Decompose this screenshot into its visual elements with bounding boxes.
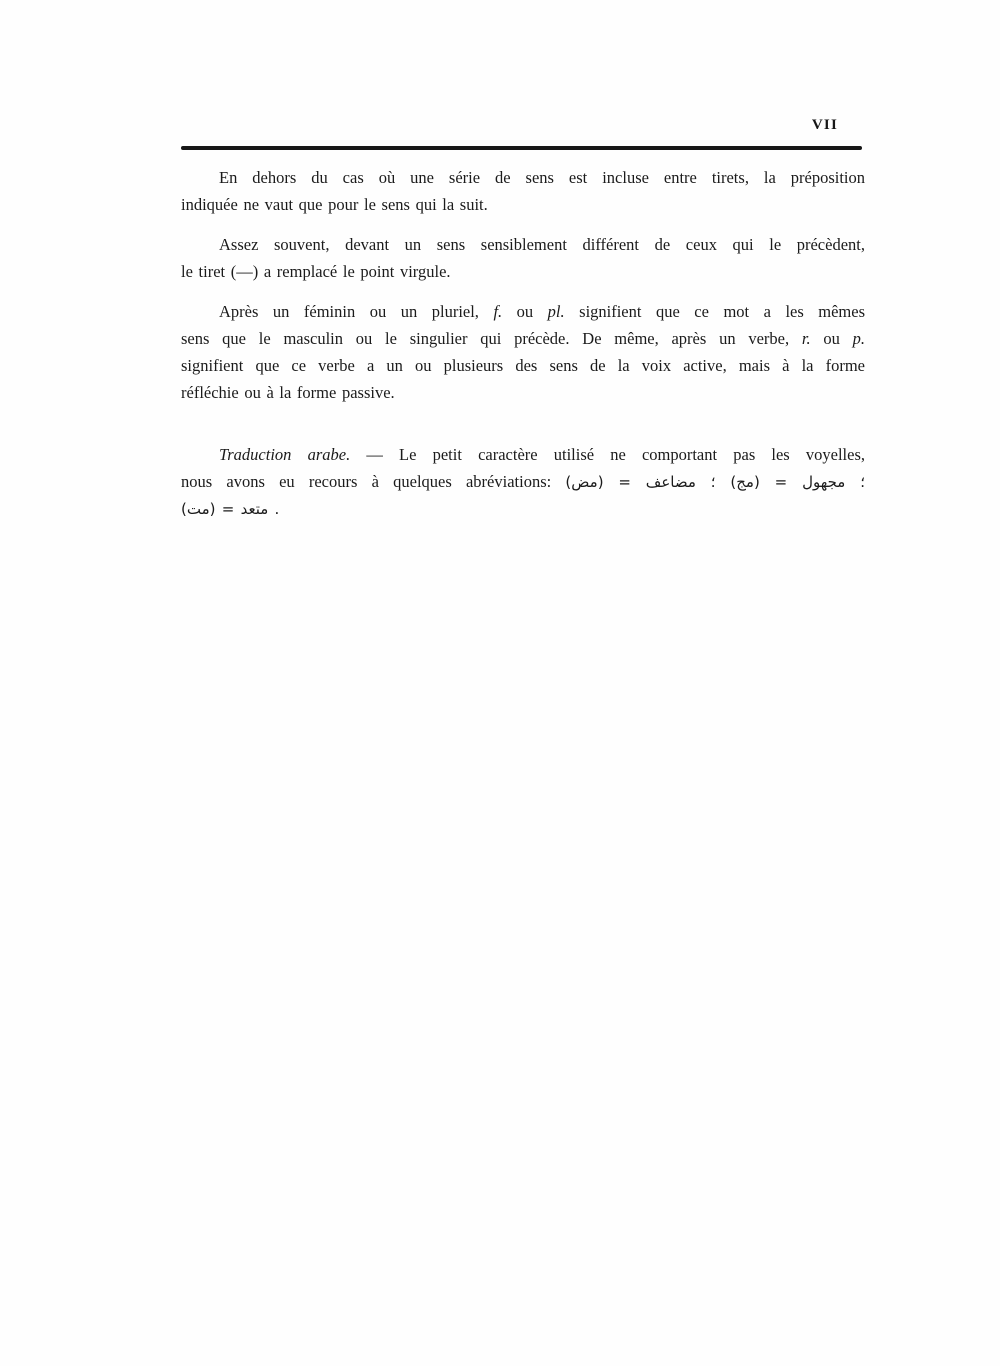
page-number: VII xyxy=(182,117,838,133)
text-segment: signifient que ce mot a les mêmes xyxy=(565,302,865,321)
page: VII En dehors du cas où une série de sen… xyxy=(0,0,1000,1366)
text-line: indiquée ne vaut que pour le sens qui la… xyxy=(181,191,865,218)
paragraph-3: Après un féminin ou un pluriel, f. ou pl… xyxy=(181,298,865,406)
paragraph-4: Traduction arabe. — Le petit caractère u… xyxy=(181,441,865,523)
text-line: le tiret (—) a remplacé le point virgule… xyxy=(181,258,865,285)
text-line: nous avons eu recours à quelques abrévia… xyxy=(181,468,865,496)
header-rule xyxy=(181,146,862,150)
italic-heading-traduction-arabe: Traduction arabe. xyxy=(219,445,350,464)
paragraph-2: Assez souvent, devant un sens sensibleme… xyxy=(181,231,865,285)
text-segment: Après un féminin ou un pluriel, xyxy=(219,302,493,321)
arabic-abbreviation-line: (⁧مت⁩) = ⁧متعد⁩ . xyxy=(181,496,865,523)
text-line: signifient que ce verbe a un ou plusieur… xyxy=(181,352,865,379)
italic-term-p: p. xyxy=(853,329,865,348)
arabic-abbreviations: (⁧مض⁩) = ⁧مضاعف⁩ ⁧؛⁩ (⁧مج⁩) = ⁧مجهول⁩ ⁧؛… xyxy=(565,473,865,491)
text-line: Assez souvent, devant un sens sensibleme… xyxy=(181,231,865,258)
italic-term-f: f. xyxy=(493,302,502,321)
text-segment: sens que le masculin ou le singulier qui… xyxy=(181,329,802,348)
text-block: En dehors du cas où une série de sens es… xyxy=(181,164,865,523)
text-line: En dehors du cas où une série de sens es… xyxy=(181,164,865,191)
text-line: réfléchie ou à la forme passive. xyxy=(181,379,865,406)
text-segment: ou xyxy=(502,302,548,321)
paragraph-1: En dehors du cas où une série de sens es… xyxy=(181,164,865,218)
text-segment: ou xyxy=(811,329,853,348)
text-line: Traduction arabe. — Le petit caractère u… xyxy=(181,441,865,468)
italic-term-r: r. xyxy=(802,329,811,348)
text-line: sens que le masculin ou le singulier qui… xyxy=(181,325,865,352)
italic-term-pl: pl. xyxy=(548,302,565,321)
text-segment: nous avons eu recours à quelques abrévia… xyxy=(181,472,565,491)
text-segment: — Le petit caractère utilisé ne comporta… xyxy=(350,445,865,464)
text-line: Après un féminin ou un pluriel, f. ou pl… xyxy=(181,298,865,325)
